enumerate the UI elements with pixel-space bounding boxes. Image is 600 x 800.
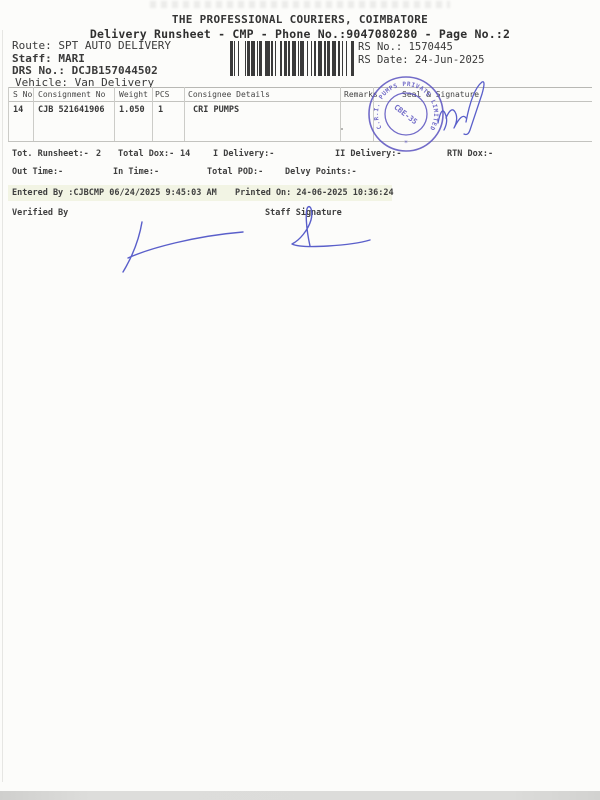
- out-time-label: Out Time:-: [12, 167, 63, 177]
- table-col-line: [184, 87, 185, 141]
- i-delivery-label: I Delivery:-: [213, 149, 274, 159]
- scan-bleedthrough-smudge: [150, 1, 450, 8]
- tot-runsheet-value: 2: [96, 149, 101, 159]
- stamp-bottom-mark: *: [404, 139, 408, 147]
- col-header-consignee: Consignee Details: [188, 90, 270, 99]
- table-header-border: [8, 101, 592, 102]
- scan-left-edge: [2, 30, 3, 782]
- total-dox-label: Total Dox:-: [118, 149, 174, 159]
- staff-signature: [272, 198, 382, 258]
- verified-by-signature: [95, 210, 255, 280]
- entered-by-field: Entered By :CJBCMP 06/24/2025 9:45:03 AM: [12, 188, 217, 198]
- scan-bottom-edge: [0, 791, 600, 800]
- table-bottom-border: [8, 141, 592, 142]
- route-field: Route: SPT AUTO DELIVERY: [12, 39, 171, 52]
- delvy-points-label: Delvy Points:-: [285, 167, 357, 177]
- table-col-line: [152, 87, 153, 141]
- svg-text:C.R.I. PUMPS PRIVATE LIMITED: C.R.I. PUMPS PRIVATE LIMITED: [373, 81, 439, 132]
- total-dox-value: 14: [180, 149, 190, 159]
- cell-weight: 1.050: [119, 105, 145, 115]
- col-header-pcs: PCS: [155, 90, 169, 99]
- col-header-weight: Weight: [119, 90, 148, 99]
- rtn-dox-label: RTN Dox:-: [447, 149, 493, 159]
- table-col-line: [340, 87, 341, 141]
- printed-on-field: Printed On: 24-06-2025 10:36:24: [235, 188, 394, 198]
- in-time-label: In Time:-: [113, 167, 159, 177]
- total-pod-label: Total POD:-: [207, 167, 263, 177]
- stamp-center-text: CBE-35: [392, 103, 419, 127]
- rs-no-field: RS No.: 1570445: [358, 41, 453, 53]
- ii-delivery-label: II Delivery:-: [335, 149, 402, 159]
- stamp-ring-text: C.R.I. PUMPS PRIVATE LIMITED: [373, 81, 439, 132]
- tot-runsheet-label: Tot. Runsheet:-: [12, 149, 89, 159]
- cell-consignment-no: CJB 521641906: [38, 105, 105, 115]
- col-header-consignment: Consignment No: [38, 90, 105, 99]
- runsheet-barcode: [230, 41, 356, 76]
- verified-by-label: Verified By: [12, 208, 68, 218]
- cell-sno: 14: [13, 105, 23, 115]
- cell-consignee: CRI PUMPS: [193, 105, 239, 115]
- cell-pcs: 1: [158, 105, 163, 115]
- table-col-line: [8, 87, 9, 141]
- table-col-line: [114, 87, 115, 141]
- page-title: THE PROFESSIONAL COURIERS, COIMBATORE: [0, 13, 600, 26]
- table-top-border: [8, 87, 592, 88]
- col-header-sno: S No: [13, 90, 32, 99]
- receiver-signature: [432, 78, 504, 136]
- table-col-line: [33, 87, 34, 141]
